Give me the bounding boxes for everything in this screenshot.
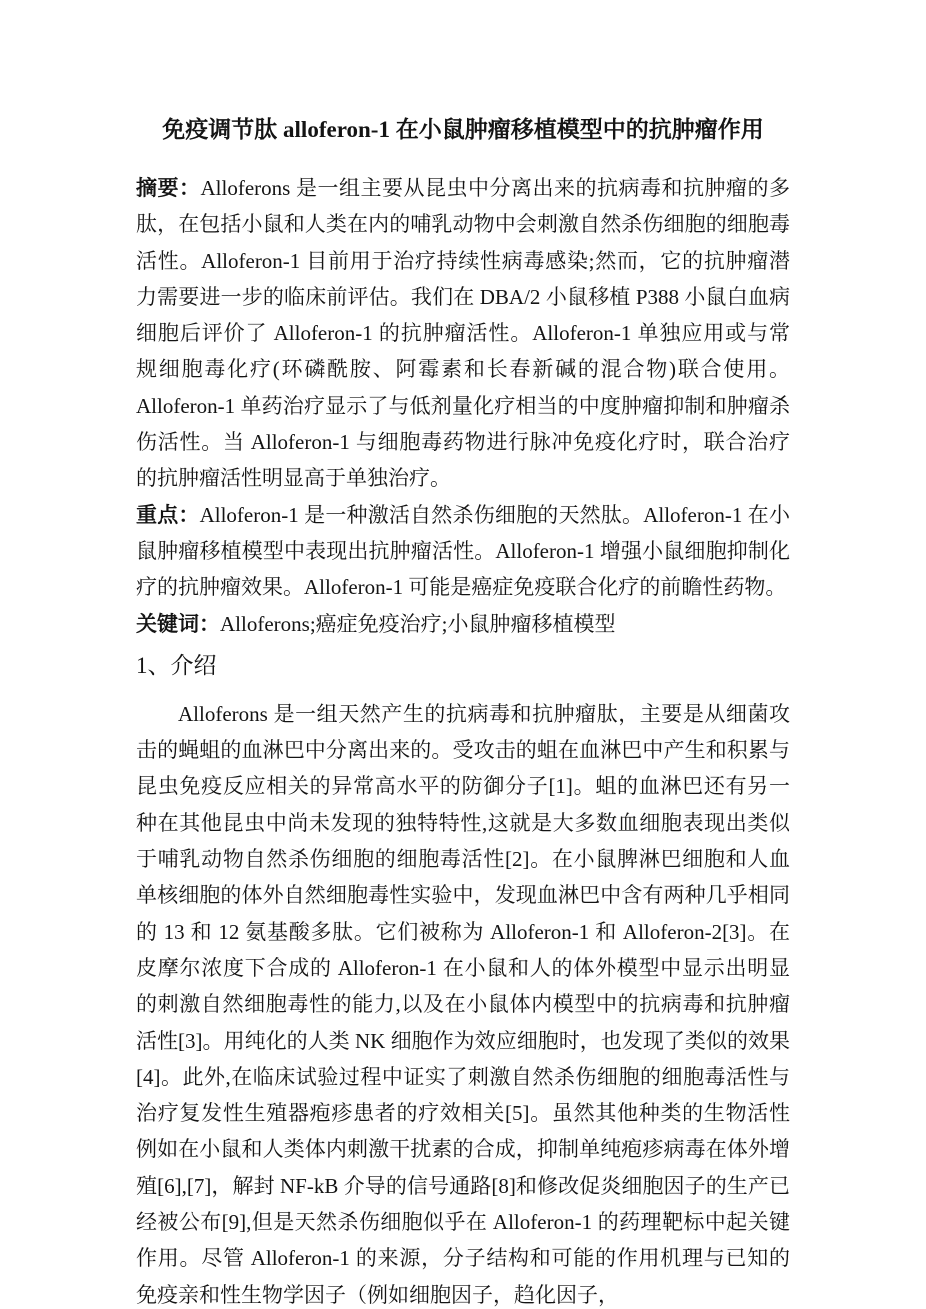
abstract-paragraph: 摘要：Alloferons 是一组主要从昆虫中分离出来的抗病毒和抗肿瘤的多肽，在… — [136, 170, 790, 497]
highlights-label: 重点： — [136, 503, 200, 527]
keywords-label: 关键词： — [136, 612, 220, 636]
abstract-text: Alloferons 是一组主要从昆虫中分离出来的抗病毒和抗肿瘤的多肽，在包括小… — [136, 176, 790, 490]
introduction-text: Alloferons 是一组天然产生的抗病毒和抗肿瘤肽，主要是从细菌攻击的蝇蛆的… — [136, 702, 790, 1307]
highlights-paragraph: 重点：Alloferon-1 是一种激活自然杀伤细胞的天然肽。Alloferon… — [136, 497, 790, 606]
highlights-text: Alloferon-1 是一种激活自然杀伤细胞的天然肽。Alloferon-1 … — [136, 503, 790, 600]
abstract-label: 摘要： — [136, 176, 201, 200]
section-heading-introduction: 1、介绍 — [136, 648, 790, 684]
introduction-paragraph: Alloferons 是一组天然产生的抗病毒和抗肿瘤肽，主要是从细菌攻击的蝇蛆的… — [136, 696, 790, 1309]
page-title: 免疫调节肽 alloferon-1 在小鼠肿瘤移植模型中的抗肿瘤作用 — [136, 112, 790, 148]
document-page: 免疫调节肽 alloferon-1 在小鼠肿瘤移植模型中的抗肿瘤作用 摘要：Al… — [0, 0, 926, 1309]
keywords-line: 关键词：Alloferons;癌症免疫治疗;小鼠肿瘤移植模型 — [136, 606, 790, 642]
keywords-text: Alloferons;癌症免疫治疗;小鼠肿瘤移植模型 — [220, 612, 615, 636]
